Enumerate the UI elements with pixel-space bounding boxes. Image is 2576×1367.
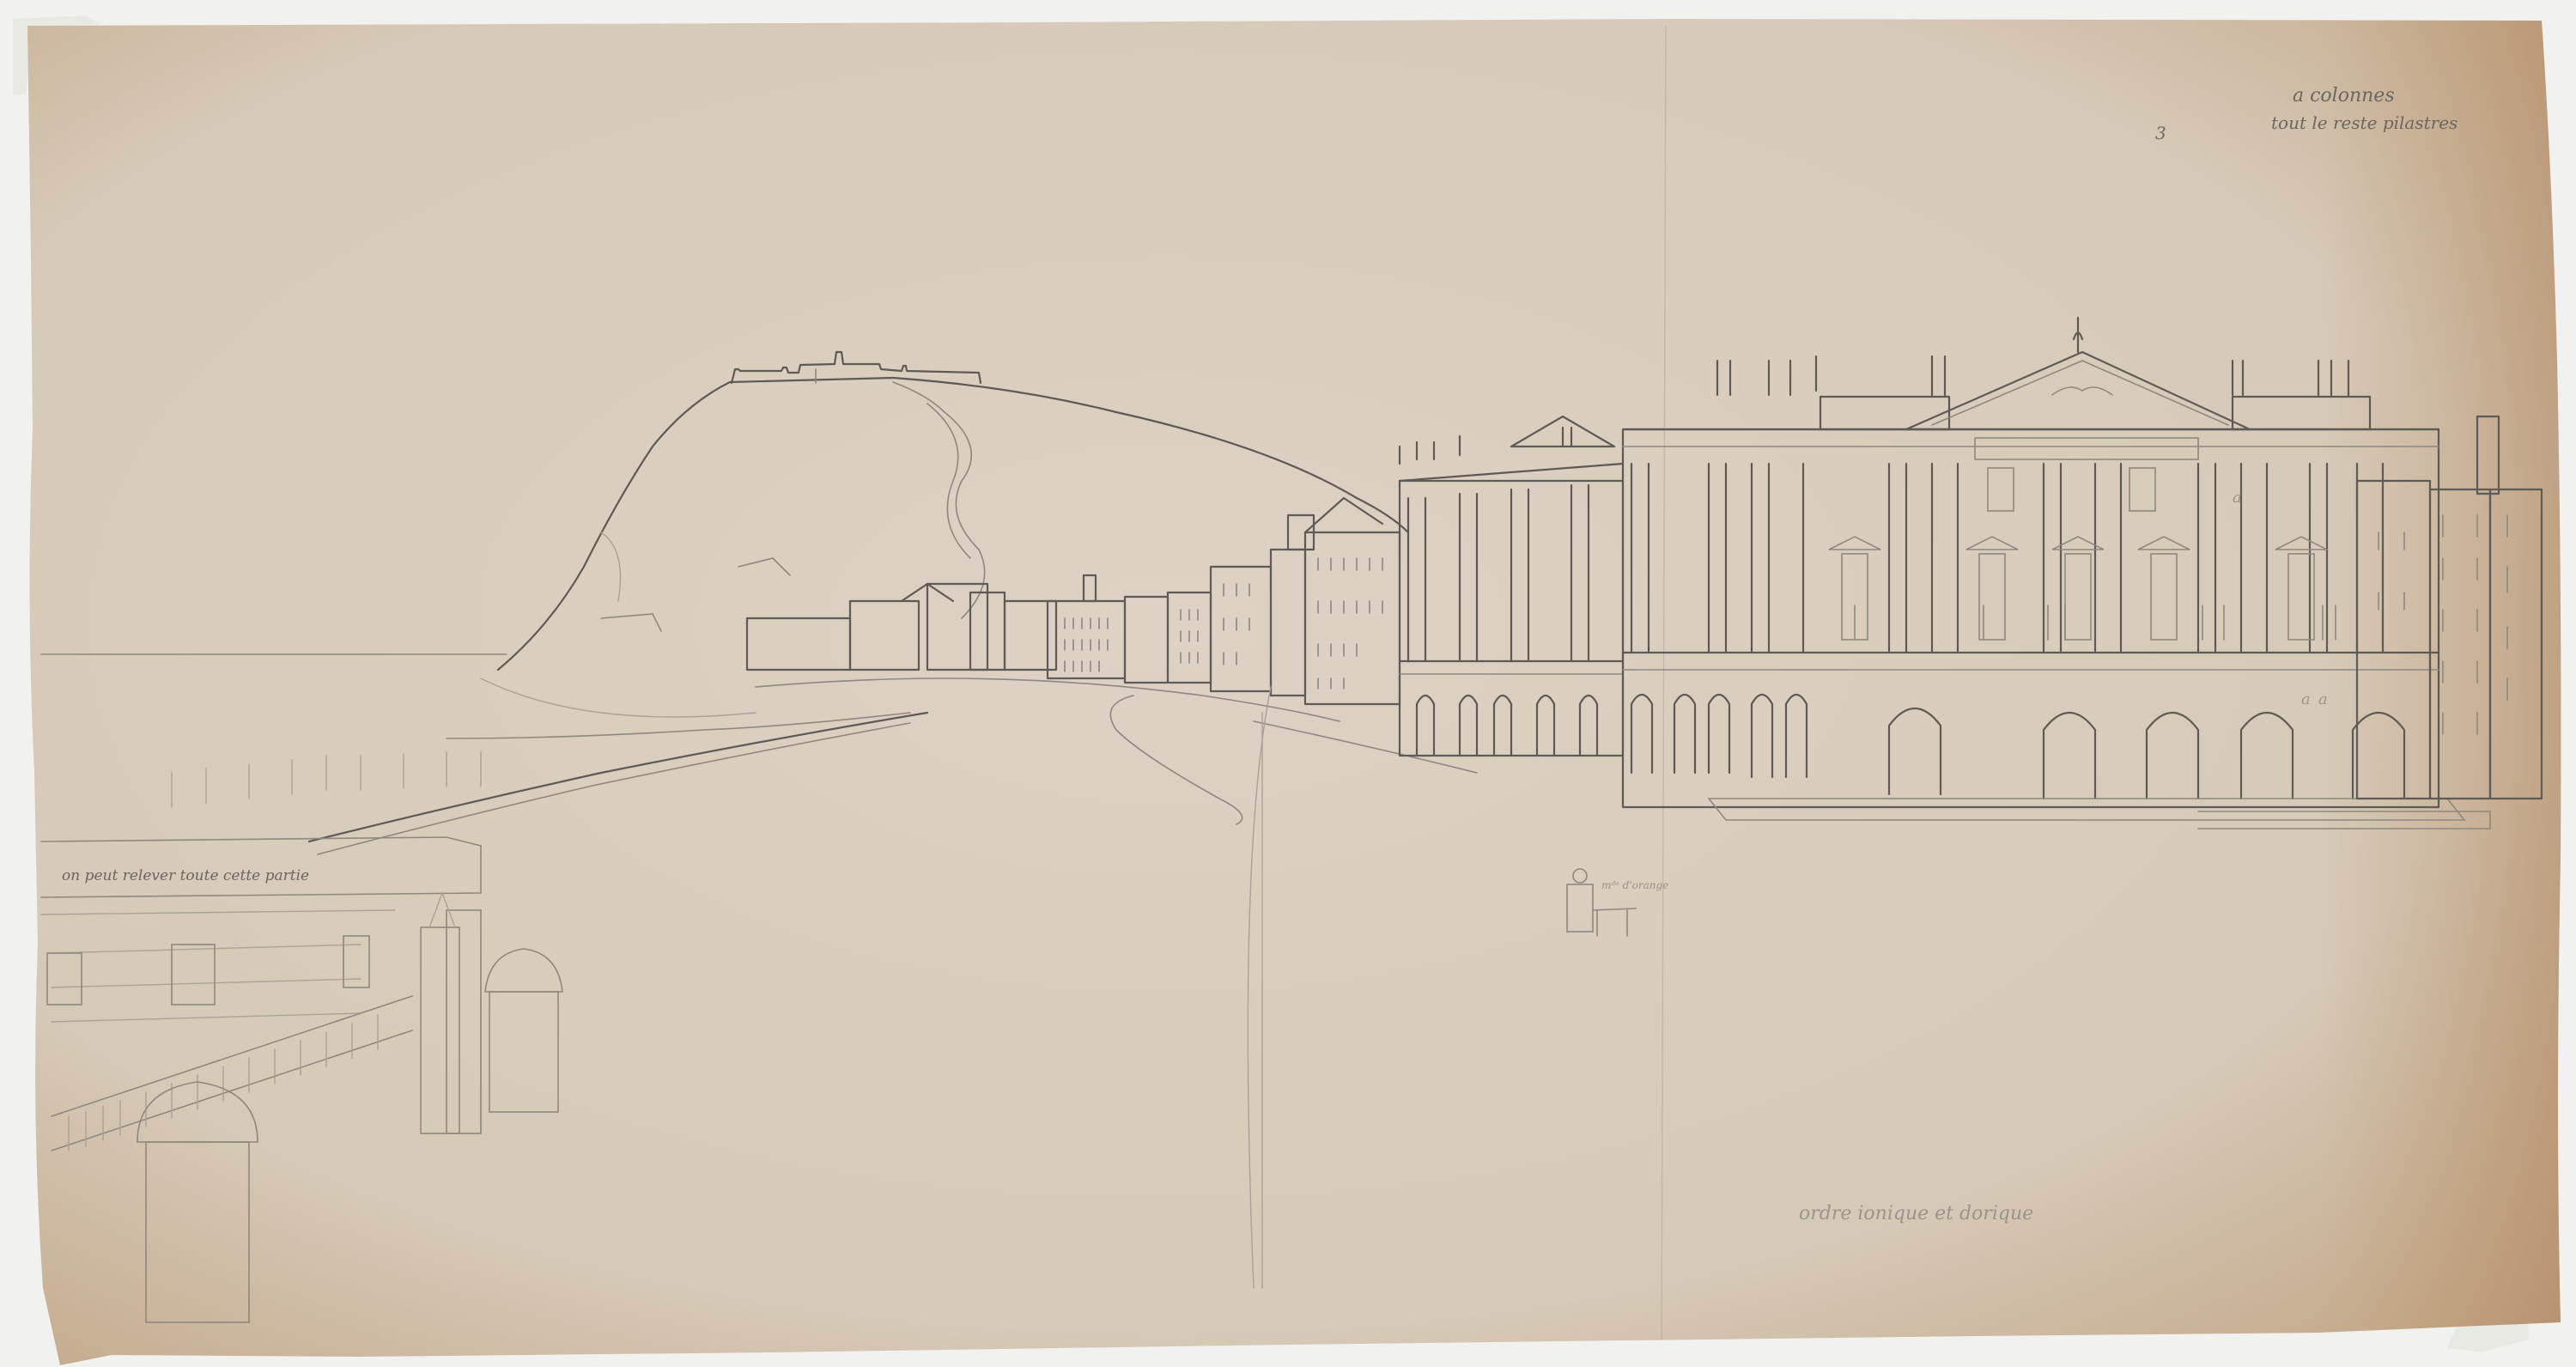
annotation-pilastres: tout le reste pilastres bbox=[2271, 112, 2458, 133]
sheet-number: 3 bbox=[2155, 123, 2166, 143]
column-mark: a bbox=[2233, 489, 2242, 507]
annotation-colonnes: a colonnes bbox=[2293, 85, 2395, 106]
drawing-canvas: a a a bbox=[0, 0, 2576, 1367]
annotation-fountain: mᵈᵉ d'orange bbox=[1601, 879, 1668, 891]
paper-sheet bbox=[27, 19, 2561, 1365]
annotation-relever: on peut relever toute cette partie bbox=[62, 867, 309, 884]
annotation-ordre: ordre ionique et dorique bbox=[1799, 1203, 2033, 1224]
column-mark: a bbox=[2318, 690, 2328, 708]
column-mark: a bbox=[2301, 690, 2311, 708]
